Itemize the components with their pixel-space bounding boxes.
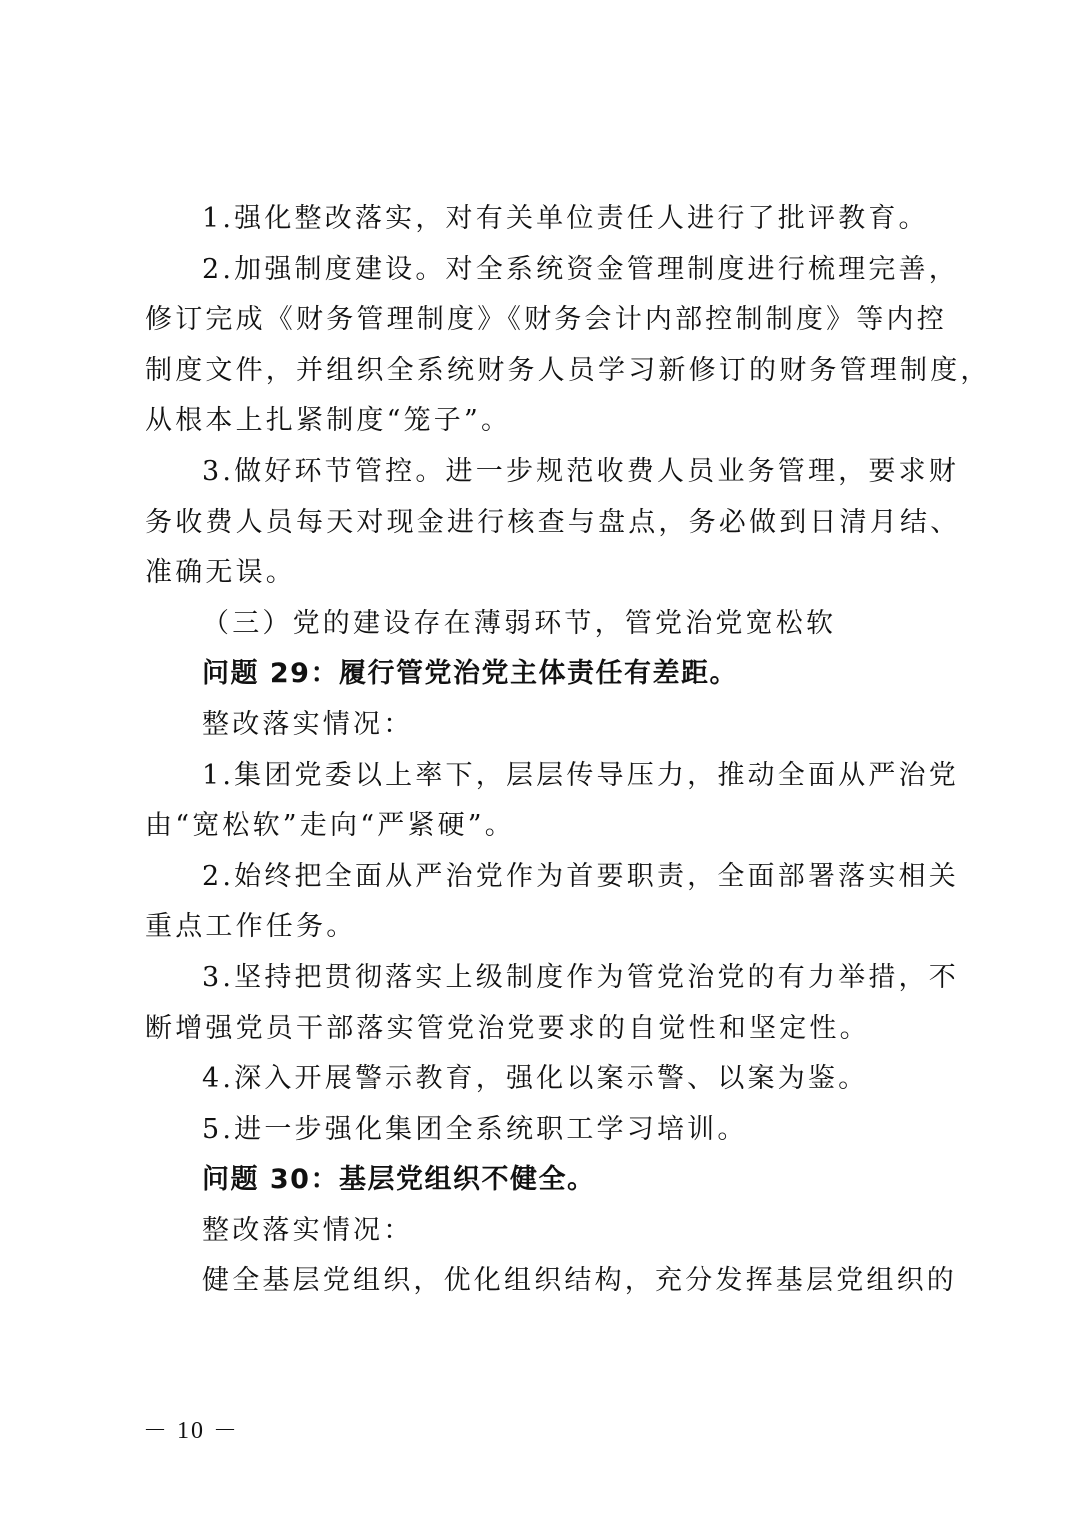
problem-29-heading: 问题 29：履行管党治党主体责任有差距。 [145,649,931,700]
p29-item-1: 1.集团党委以上率下，层层传导压力，推动全面从严治党 [145,751,931,802]
p29-item-1-continued: 由“宽松软”走向“严紧硬”。 [145,801,931,852]
rectification-status-label: 整改落实情况： [145,700,931,751]
item-1-strengthen-rectification: 1.强化整改落实，对有关单位责任人进行了批评教育。 [145,194,931,245]
item-3-process-control: 3.做好环节管控。进一步规范收费人员业务管理，要求财 [145,447,931,498]
p29-item-2: 2.始终把全面从严治党作为首要职责，全面部署落实相关 [145,852,931,903]
item-2-continued: 修订完成《财务管理制度》《财务会计内部控制制度》等内控 [145,295,931,346]
item-2-continued: 制度文件，并组织全系统财务人员学习新修订的财务管理制度， [145,346,931,397]
section-heading-3: （三）党的建设存在薄弱环节，管党治党宽松软 [145,599,931,650]
p29-item-3-continued: 断增强党员干部落实管党治党要求的自觉性和坚定性。 [145,1004,931,1055]
item-3-continued: 务收费人员每天对现金进行核查与盘点，务必做到日清月结、 [145,498,931,549]
p29-item-3: 3.坚持把贯彻落实上级制度作为管党治党的有力举措，不 [145,953,931,1004]
p30-paragraph: 健全基层党组织，优化组织结构，充分发挥基层党组织的 [145,1256,931,1307]
problem-30-heading: 问题 30：基层党组织不健全。 [145,1155,931,1206]
p29-item-4: 4.深入开展警示教育，强化以案示警、以案为鉴。 [145,1054,931,1105]
document-body: 1.强化整改落实，对有关单位责任人进行了批评教育。 2.加强制度建设。对全系统资… [145,194,931,1307]
item-2-continued: 从根本上扎紧制度“笼子”。 [145,396,931,447]
p29-item-2-continued: 重点工作任务。 [145,902,931,953]
p29-item-5: 5.进一步强化集团全系统职工学习培训。 [145,1105,931,1156]
page-number: － 10 － [143,1410,239,1445]
item-2-system-construction: 2.加强制度建设。对全系统资金管理制度进行梳理完善， [145,245,931,296]
rectification-status-label: 整改落实情况： [145,1206,931,1257]
item-3-continued: 准确无误。 [145,548,931,599]
